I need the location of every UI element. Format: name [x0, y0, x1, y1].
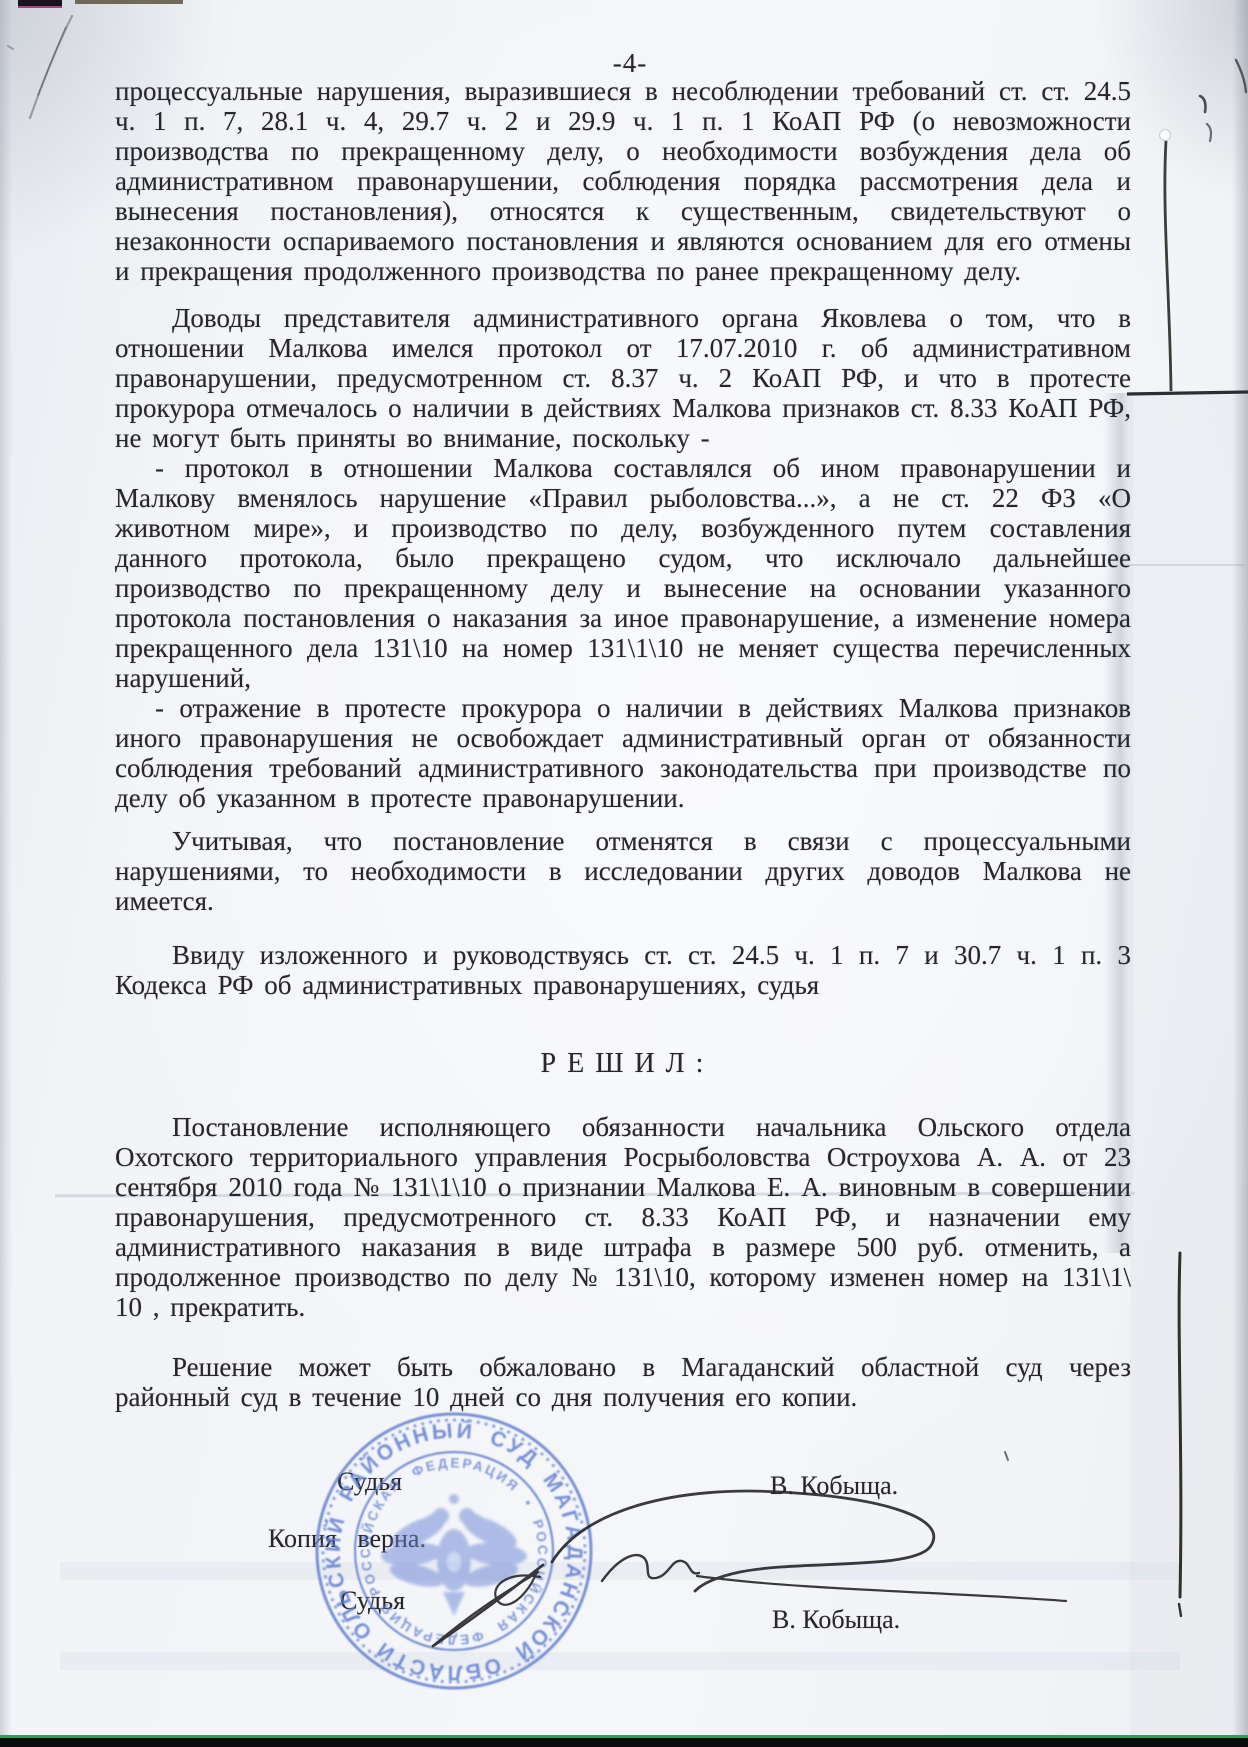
paragraph-considering: Учитывая, что постановление отменятся в … — [115, 826, 1131, 916]
paragraph-guided-by: Ввиду изложенного и руководствуясь ст. с… — [115, 940, 1131, 1000]
scan-edge-shading — [1232, 0, 1248, 1747]
judge-name: В. Кобыща. — [770, 1471, 898, 1501]
paragraph-group-arguments: Доводы представителя административного о… — [115, 303, 1131, 813]
scanned-court-decision-page: -4- процессуальные нарушения, выразившие… — [0, 0, 1248, 1747]
judge-name: В. Кобыща. — [772, 1605, 900, 1635]
underlying-page-edge — [1130, 395, 1248, 1735]
paragraph-yakovlev-arguments: Доводы представителя административного о… — [115, 303, 1131, 453]
scan-edge-mark — [75, 0, 183, 4]
scan-edge-shading — [0, 0, 12, 1747]
copy-certification-note: Копия верна. — [268, 1524, 426, 1554]
paragraph-appeal-rights: Решение может быть обжаловано в Магаданс… — [115, 1352, 1131, 1412]
scan-bottom-band — [0, 1735, 1248, 1747]
page-number: -4- — [0, 48, 1248, 79]
paragraph-protocol-bullet: - протокол в отношении Малкова составлял… — [115, 453, 1131, 693]
paragraph-resolution: Постановление исполняющего обязанности н… — [115, 1112, 1131, 1322]
scan-edge-mark — [18, 0, 62, 8]
resolution-heading: Р Е Ш И Л : — [115, 1048, 1131, 1080]
paragraph-procedural-violations: процессуальные нарушения, выразившиеся в… — [115, 76, 1131, 286]
judge-label: Судья — [337, 1467, 402, 1497]
paragraph-prosecutor-bullet: - отражение в протесте прокурора о налич… — [115, 693, 1131, 813]
scan-streak — [60, 1562, 1180, 1580]
scan-streak — [60, 1652, 1180, 1670]
judge-label: Судья — [340, 1586, 405, 1616]
paper-crease — [1126, 564, 1244, 566]
